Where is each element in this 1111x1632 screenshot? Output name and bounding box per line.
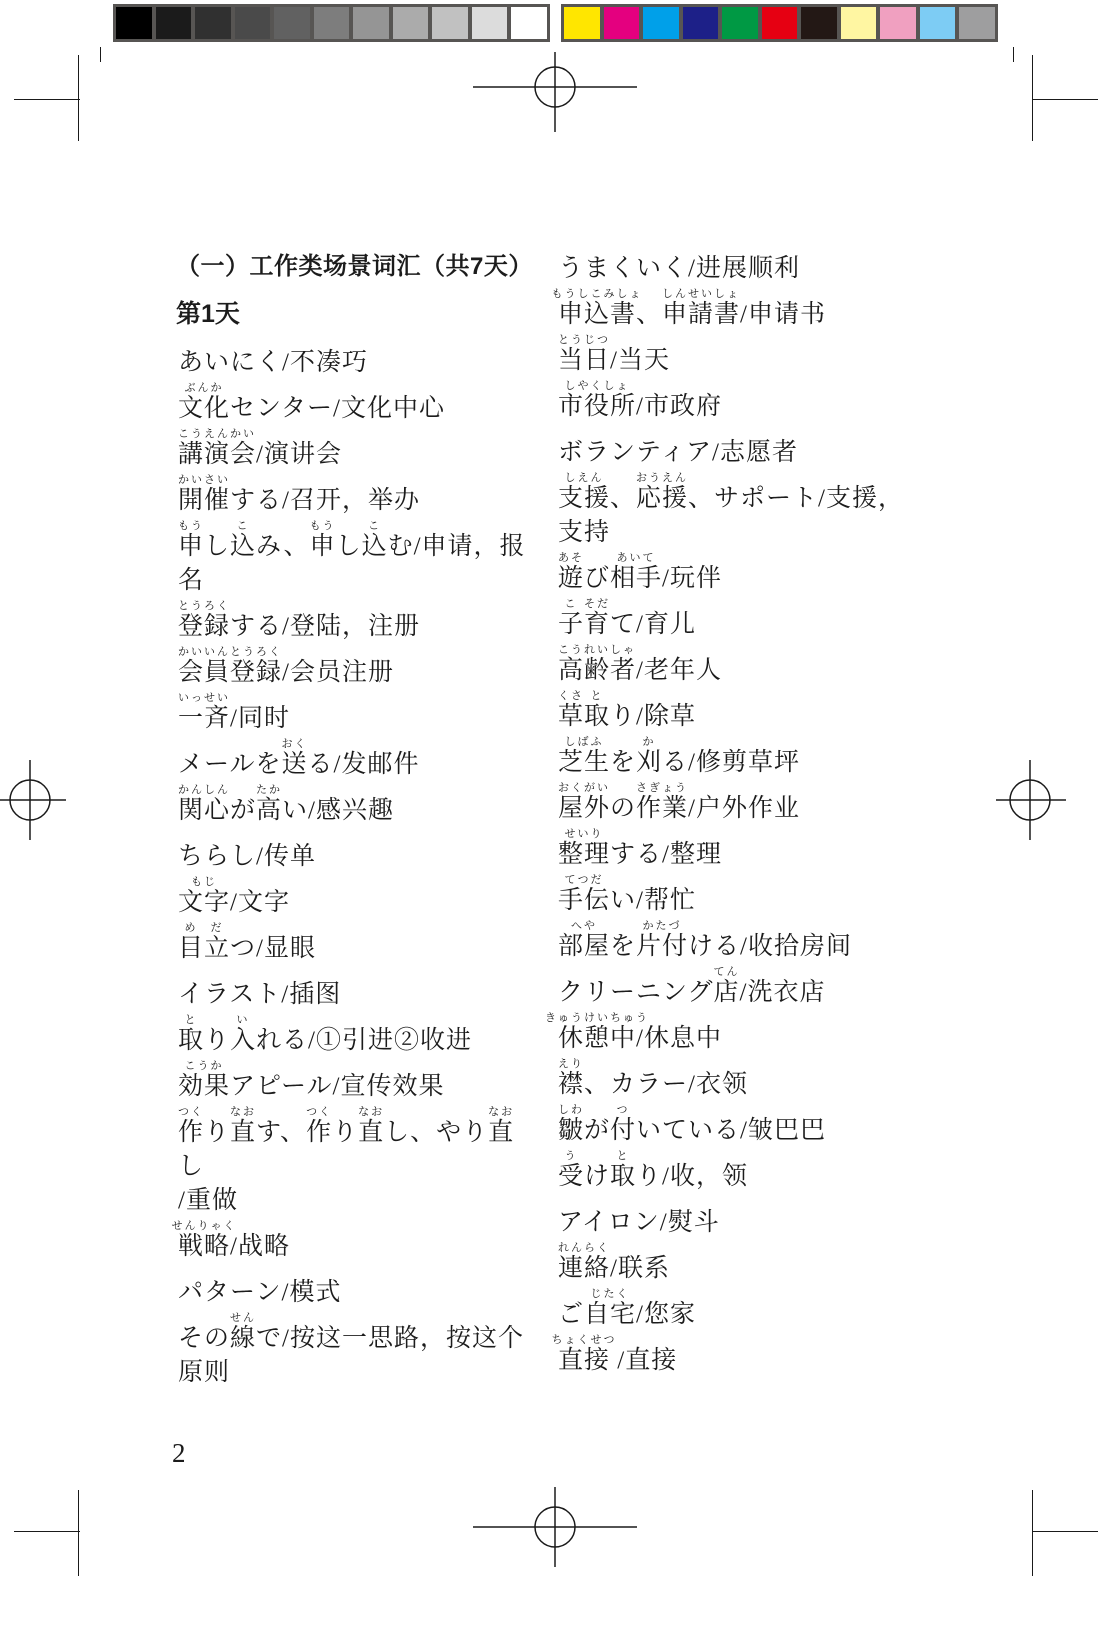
- color-patch: [604, 7, 640, 39]
- vocab-entry: あそ遊びあいて相手/玩伴: [558, 550, 930, 596]
- trim-mark-top-right: [1032, 55, 1033, 141]
- furigana: こうえんかい: [178, 429, 256, 440]
- ruby-base: もう申: [310, 534, 336, 559]
- ruby-base: くさ草: [558, 704, 584, 729]
- color-patch: [564, 7, 600, 39]
- ruby-base: しんせいしょ申請書: [662, 302, 740, 327]
- color-patch: [920, 7, 956, 39]
- furigana: とうろく: [178, 601, 230, 612]
- furigana: おうえん: [636, 473, 688, 484]
- ruby-base: と取: [584, 704, 610, 729]
- ruby-base: こ子: [558, 612, 584, 637]
- furigana: もう: [178, 521, 204, 532]
- trim-mark-bottom-right: [1032, 1490, 1033, 1576]
- furigana: つ: [617, 1105, 630, 1116]
- vocab-column-left: あいにく/不凑巧ぶんか文化センター/文化中心こうえんかい講演会/演讲会かいさい開…: [178, 334, 534, 1390]
- grayscale-patch: [353, 7, 389, 39]
- color-calibration-bar: [561, 4, 998, 42]
- vocab-entry: クリーニングてん店/洗衣店: [558, 964, 930, 1010]
- ruby-base: こうえんかい講演会: [178, 442, 256, 467]
- furigana: つく: [178, 1107, 204, 1118]
- ruby-base: かいいんとうろく会員登録: [178, 660, 282, 685]
- furigana: こうか: [185, 1061, 224, 1072]
- ruby-base: だ立: [204, 936, 230, 961]
- furigana: こうれいしゃ: [558, 645, 636, 656]
- ruby-base: てん店: [714, 980, 740, 1005]
- ruby-base: とうろく登録: [178, 614, 230, 639]
- furigana: か: [643, 737, 656, 748]
- ruby-base: なお直: [358, 1120, 384, 1145]
- grayscale-patch: [235, 7, 271, 39]
- ruby-base: しやくしょ市役所: [558, 394, 636, 419]
- furigana: だ: [211, 923, 224, 934]
- furigana: と: [591, 691, 604, 702]
- trim-mark-top-left: [78, 55, 79, 141]
- ruby-base: と取: [610, 1164, 636, 1189]
- vocab-entry: ボランティア/志愿者: [558, 424, 930, 470]
- ruby-base: め目: [178, 936, 204, 961]
- day-heading: 第1天: [176, 294, 240, 330]
- grayscale-patch: [195, 7, 231, 39]
- vocab-entry: きゅうけいちゅう休憩中/休息中: [558, 1010, 930, 1056]
- ruby-base: とうじつ当日: [558, 348, 610, 373]
- ruby-base: つ付: [610, 1118, 636, 1143]
- furigana: なお: [230, 1107, 256, 1118]
- furigana: もじ: [191, 877, 217, 888]
- ruby-base: おく送: [282, 752, 308, 777]
- vocab-entry: もうしこみしょ申込書、しんせいしょ申請書/申请书: [558, 286, 930, 332]
- ruby-base: もう申: [178, 534, 204, 559]
- ruby-base: いっせい一斉: [178, 706, 230, 731]
- registration-mark-left-middle: [0, 758, 70, 842]
- ruby-base: こ込: [362, 534, 388, 559]
- ruby-base: しわ皺: [558, 1118, 584, 1143]
- vocab-entry: しえん支援、おうえん応援、サポート/支援，支持: [558, 470, 930, 550]
- trim-mark-bottom-right: [1032, 1531, 1098, 1532]
- vocab-entry: こうえんかい講演会/演讲会: [178, 426, 534, 472]
- furigana: ちょくせつ: [552, 1335, 617, 1346]
- furigana: もうしこみしょ: [552, 289, 643, 300]
- ruby-base: えり襟: [558, 1072, 584, 1097]
- furigana: しやくしょ: [565, 381, 630, 392]
- furigana: なお: [488, 1107, 514, 1118]
- furigana: さぎょう: [636, 783, 688, 794]
- vocab-entry: イラスト/插图: [178, 966, 534, 1012]
- ruby-base: あそ遊: [558, 566, 584, 591]
- ruby-base: たか高: [256, 798, 282, 823]
- vocab-entry: こうれいしゃ高齢者/老年人: [558, 642, 930, 688]
- grayscale-patch: [472, 7, 508, 39]
- vocab-entry: とうろく登録する/登陆，注册: [178, 598, 534, 644]
- vocab-entry: と取りい入れる/①引进②收进: [178, 1012, 534, 1058]
- color-patch: [959, 7, 995, 39]
- vocab-entry: う受けと取り/收，领: [558, 1148, 930, 1194]
- ruby-base: そだ育: [584, 612, 610, 637]
- ruby-base: さぎょう作業: [636, 796, 688, 821]
- furigana: しばふ: [565, 737, 604, 748]
- ruby-base: きゅうけいちゅう休憩中: [558, 1026, 636, 1051]
- furigana: せいり: [565, 829, 604, 840]
- vocab-entry: そのせん線で/按这一思路，按这个原则: [178, 1310, 534, 1390]
- furigana: しわ: [558, 1105, 584, 1116]
- registration-mark-top-center: [471, 50, 639, 134]
- furigana: しえん: [565, 473, 604, 484]
- furigana: せん: [230, 1313, 256, 1324]
- vocab-entry: め目だ立つ/显眼: [178, 920, 534, 966]
- ruby-base: か刈: [636, 750, 662, 775]
- furigana: かいさい: [178, 475, 230, 486]
- furigana: きゅうけいちゅう: [545, 1013, 649, 1024]
- vocab-entry: へや部屋をかたづ片付ける/收拾房间: [558, 918, 930, 964]
- ruby-base: かいさい開催: [178, 488, 230, 513]
- ruby-base: ぶんか文化: [178, 396, 230, 421]
- furigana: おくがい: [558, 783, 610, 794]
- trim-mark-top-left: [14, 99, 80, 100]
- furigana: いっせい: [178, 693, 230, 704]
- vocab-entry: ぶんか文化センター/文化中心: [178, 380, 534, 426]
- vocab-entry: いっせい一斉/同时: [178, 690, 534, 736]
- furigana: えり: [558, 1059, 584, 1070]
- ruby-base: せいり整理: [558, 842, 610, 867]
- grayscale-patch: [314, 7, 350, 39]
- registration-mark-right-middle: [996, 758, 1066, 842]
- trim-mark-bottom-left: [14, 1531, 80, 1532]
- furigana: ぶんか: [185, 383, 224, 394]
- ruby-base: なお直: [230, 1120, 256, 1145]
- furigana: せんりゃく: [172, 1221, 237, 1232]
- furigana: くさ: [558, 691, 584, 702]
- vocab-entry: メールをおく送る/发邮件: [178, 736, 534, 782]
- furigana: もう: [310, 521, 336, 532]
- furigana: う: [565, 1151, 578, 1162]
- ruby-base: もじ文字: [178, 890, 230, 915]
- vocab-entry: うまくいく/进展顺利: [558, 240, 930, 286]
- vocab-entry: こうか効果アピール/宣传效果: [178, 1058, 534, 1104]
- grayscale-patch: [274, 7, 310, 39]
- color-patch: [880, 7, 916, 39]
- ruby-base: こうか効果: [178, 1074, 230, 1099]
- ruby-base: へや部屋: [558, 934, 610, 959]
- furigana: たか: [256, 785, 282, 796]
- vocab-entry: せんりゃく戦略/战略: [178, 1218, 534, 1264]
- ruby-base: なお直: [488, 1120, 514, 1145]
- furigana: あそ: [558, 553, 584, 564]
- furigana: かいいんとうろく: [178, 647, 282, 658]
- furigana: あいて: [617, 553, 656, 564]
- vocab-entry: しやくしょ市役所/市政府: [558, 378, 930, 424]
- vocab-entry: こ子そだ育て/育儿: [558, 596, 930, 642]
- furigana: じたく: [591, 1289, 630, 1300]
- color-patch: [722, 7, 758, 39]
- vocab-entry: ちょくせつ直接 /直接: [558, 1332, 930, 1378]
- grayscale-calibration-bar: [113, 4, 550, 42]
- vocab-column-right: うまくいく/进展顺利もうしこみしょ申込書、しんせいしょ申請書/申请书とうじつ当日…: [558, 240, 930, 1378]
- tick-mark: [100, 47, 101, 62]
- ruby-base: ちょくせつ直接: [558, 1348, 610, 1373]
- vocab-entry: ごじたく自宅/您家: [558, 1286, 930, 1332]
- furigana: こ: [237, 521, 250, 532]
- vocab-entry: てつだ手伝い/帮忙: [558, 872, 930, 918]
- ruby-base: おうえん応援: [636, 486, 688, 511]
- color-patch: [801, 7, 837, 39]
- furigana: てつだ: [565, 875, 604, 886]
- ruby-base: こうれいしゃ高齢者: [558, 658, 636, 683]
- furigana: こ: [368, 521, 381, 532]
- ruby-base: てつだ手伝: [558, 888, 610, 913]
- color-patch: [643, 7, 679, 39]
- ruby-base: もうしこみしょ申込書: [558, 302, 636, 327]
- ruby-base: と取: [178, 1028, 204, 1053]
- grayscale-patch: [393, 7, 429, 39]
- registration-mark-bottom-center: [471, 1487, 639, 1571]
- trim-mark-top-right: [1032, 99, 1098, 100]
- furigana: そだ: [584, 599, 610, 610]
- ruby-base: こ込: [230, 534, 256, 559]
- vocab-entry: とうじつ当日/当天: [558, 332, 930, 378]
- vocab-entry: アイロン/熨斗: [558, 1194, 930, 1240]
- vocab-entry: せいり整理する/整理: [558, 826, 930, 872]
- vocab-entry: もじ文字/文字: [178, 874, 534, 920]
- ruby-base: せんりゃく戦略: [178, 1234, 230, 1259]
- grayscale-patch: [432, 7, 468, 39]
- ruby-base: い入: [230, 1028, 256, 1053]
- tick-mark: [1013, 47, 1014, 62]
- vocab-entry: おくがい屋外のさぎょう作業/户外作业: [558, 780, 930, 826]
- color-patch: [841, 7, 877, 39]
- grayscale-patch: [116, 7, 152, 39]
- vocab-entry: かんしん関心がたか高い/感兴趣: [178, 782, 534, 828]
- furigana: しんせいしょ: [662, 289, 740, 300]
- furigana: と: [185, 1015, 198, 1026]
- furigana: とうじつ: [558, 335, 610, 346]
- furigana: め: [185, 923, 198, 934]
- vocab-entry: えり襟、カラー/衣领: [558, 1056, 930, 1102]
- vocab-entry: れんらく連絡/联系: [558, 1240, 930, 1286]
- page-title: （一）工作类场景词汇（共7天）: [176, 246, 533, 281]
- ruby-base: かんしん関心: [178, 798, 230, 823]
- ruby-base: おくがい屋外: [558, 796, 610, 821]
- vocab-entry: しばふ芝生をか刈る/修剪草坪: [558, 734, 930, 780]
- print-proof-page: （一）工作类场景词汇（共7天） 第1天 あいにく/不凑巧ぶんか文化センター/文化…: [0, 0, 1111, 1632]
- vocab-entry: あいにく/不凑巧: [178, 334, 534, 380]
- furigana: い: [237, 1015, 250, 1026]
- ruby-base: せん線: [230, 1326, 256, 1351]
- ruby-base: つく作: [178, 1120, 204, 1145]
- ruby-base: かたづ片付: [636, 934, 688, 959]
- ruby-base: じたく自宅: [584, 1302, 636, 1327]
- trim-mark-bottom-left: [78, 1490, 79, 1576]
- color-patch: [762, 7, 798, 39]
- vocab-entry: ちらし/传单: [178, 828, 534, 874]
- ruby-base: あいて相手: [610, 566, 662, 591]
- vocab-entry: くさ草と取り/除草: [558, 688, 930, 734]
- color-patch: [683, 7, 719, 39]
- vocab-entry: かいさい開催する/召开，举办: [178, 472, 534, 518]
- vocab-entry: かいいんとうろく会員登録/会员注册: [178, 644, 534, 690]
- ruby-base: つく作: [306, 1120, 332, 1145]
- furigana: てん: [714, 967, 740, 978]
- ruby-base: しばふ芝生: [558, 750, 610, 775]
- vocab-entry: パターン/模式: [178, 1264, 534, 1310]
- furigana: と: [617, 1151, 630, 1162]
- furigana: おく: [282, 739, 308, 750]
- furigana: かたづ: [643, 921, 682, 932]
- ruby-base: う受: [558, 1164, 584, 1189]
- furigana: れんらく: [558, 1243, 610, 1254]
- vocab-entry: つく作りなお直す、つく作りなお直し、やりなお直し/重做: [178, 1104, 534, 1218]
- furigana: へや: [571, 921, 597, 932]
- grayscale-patch: [156, 7, 192, 39]
- vocab-entry: もう申しこ込み、もう申しこ込む/申请，报名: [178, 518, 534, 598]
- furigana: つく: [306, 1107, 332, 1118]
- furigana: こ: [565, 599, 578, 610]
- vocab-entry: しわ皺がつ付いている/皱巴巴: [558, 1102, 930, 1148]
- furigana: なお: [358, 1107, 384, 1118]
- ruby-base: れんらく連絡: [558, 1256, 610, 1281]
- ruby-base: しえん支援: [558, 486, 610, 511]
- page-number: 2: [172, 1438, 186, 1469]
- furigana: かんしん: [178, 785, 230, 796]
- grayscale-patch: [511, 7, 547, 39]
